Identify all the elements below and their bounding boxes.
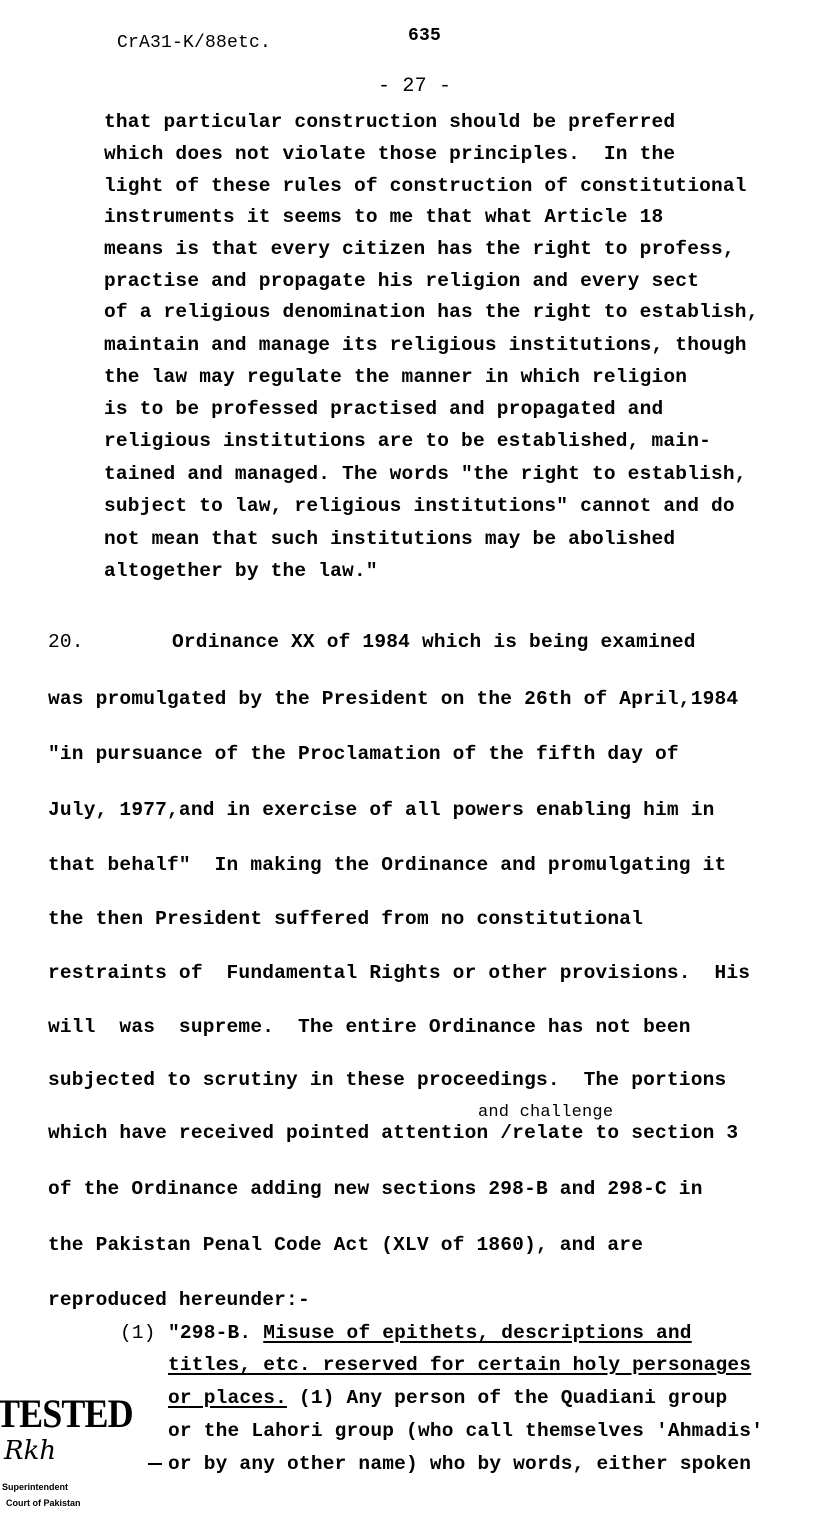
section-heading-line: "298-B. Misuse of epithets, descriptions… [168, 1324, 692, 1344]
paragraph-line: the then President suffered from no cons… [48, 910, 643, 930]
quote-line: practise and propagate his religion and … [104, 272, 699, 292]
quote-line: subject to law, religious institutions" … [104, 497, 735, 517]
section-heading: or places. [168, 1387, 287, 1409]
quote-line: is to be professed practised and propaga… [104, 400, 663, 420]
paragraph-line: of the Ordinance adding new sections 298… [48, 1180, 703, 1200]
quote-line: not mean that such institutions may be a… [104, 530, 675, 550]
paragraph-line: the Pakistan Penal Code Act (XLV of 1860… [48, 1236, 643, 1256]
signature: Rkh [4, 1436, 56, 1466]
quote-line: means is that every citizen has the righ… [104, 240, 735, 260]
quote-line: the law may regulate the manner in which… [104, 368, 687, 388]
quote-line: instruments it seems to me that what Art… [104, 208, 663, 228]
attestation-stamp: TESTED Rkh Superintendent Court of Pakis… [0, 1390, 150, 1530]
stamp-word: TESTED [0, 1390, 133, 1437]
paragraph-line: was promulgated by the President on the … [48, 690, 738, 710]
paragraph-line: reproduced hereunder:- [48, 1291, 310, 1311]
quote-line: light of these rules of construction of … [104, 177, 747, 197]
paragraph-number: 20. [48, 633, 84, 653]
section-label: "298-B. [168, 1322, 251, 1344]
paragraph-line: July, 1977,and in exercise of all powers… [48, 801, 715, 821]
quote-line: maintain and manage its religious instit… [104, 336, 747, 356]
paragraph-line: "in pursuance of the Proclamation of the… [48, 745, 679, 765]
quote-line: religious institutions are to be establi… [104, 432, 711, 452]
quote-line: which does not violate those principles.… [104, 145, 675, 165]
handwritten-insertion: and challenge [478, 1104, 613, 1121]
paragraph-line: subjected to scrutiny in these proceedin… [48, 1071, 726, 1091]
section-body: (1) Any person of the Quadiani group [287, 1387, 727, 1409]
stamp-court: Court of Pakistan [6, 1498, 81, 1508]
quote-line: that particular construction should be p… [104, 113, 675, 133]
quote-line: of a religious denomination has the righ… [104, 303, 759, 323]
section-body-line: or by any other name) who by words, eith… [168, 1455, 751, 1475]
page-number: - 27 - [378, 77, 451, 97]
section-body-line: or the Lahori group (who call themselves… [168, 1422, 763, 1442]
paragraph-line: restraints of Fundamental Rights or othe… [48, 964, 750, 984]
paragraph-line: will was supreme. The entire Ordinance h… [48, 1018, 691, 1038]
paragraph-line: that behalf" In making the Ordinance and… [48, 856, 726, 876]
quote-line: altogether by the law." [104, 562, 378, 582]
section-heading: titles, etc. reserved for certain holy p… [168, 1354, 751, 1376]
margin-dash [148, 1463, 162, 1465]
stamp-title: Superintendent [2, 1482, 68, 1492]
paragraph-line: Ordinance XX of 1984 which is being exam… [172, 633, 696, 653]
section-heading: Misuse of epithets, descriptions and [263, 1322, 691, 1344]
stamp-number: 635 [408, 27, 441, 45]
section-heading-line: titles, etc. reserved for certain holy p… [168, 1356, 751, 1376]
section-body-line: or places. (1) Any person of the Quadian… [168, 1389, 727, 1409]
paragraph-line: which have received pointed attention /r… [48, 1124, 738, 1144]
item-number: (1) [120, 1324, 156, 1344]
case-reference: CrA31-K/88etc. [117, 34, 271, 52]
quote-line: tained and managed. The words "the right… [104, 465, 747, 485]
